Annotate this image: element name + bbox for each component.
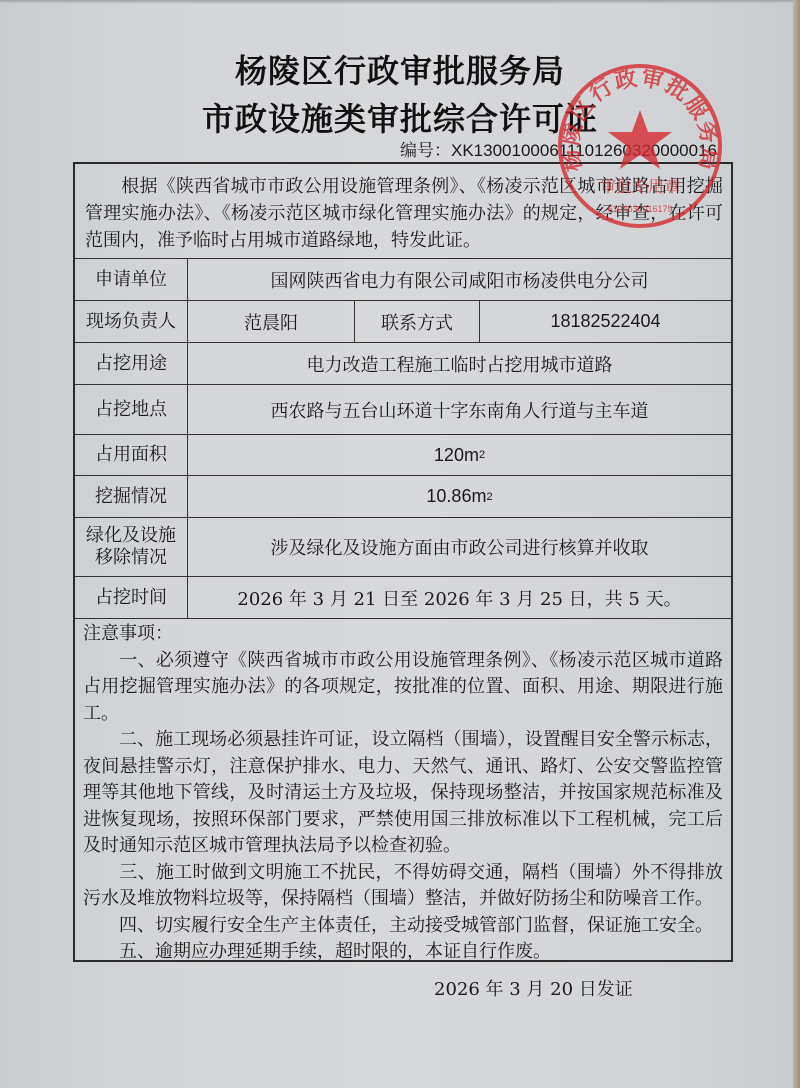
period-value: 2026 年 3 月 21 日至 2026 年 3 月 25 日，共 5 天。 [188,577,731,618]
serial-label: 编号： [400,141,451,161]
notice-item-text: 一、必须遵守《陕西省城市市政公用设施管理条例》、《杨凌示范区城市道路占用挖掘管理… [83,650,723,724]
permit-table: 根据《陕西省城市市政公用设施管理条例》、《杨凌示范区城市道路占用挖掘管理实施办法… [73,162,733,962]
excavation-value: 10.86m2 [188,476,731,517]
notice-item-text: 二、施工现场必须悬挂许可证，设立隔档（围墙），设置醒目安全警示标志，夜间悬挂警示… [83,729,723,856]
issue-date: 2026 年 3 月 20 日发证 [434,975,633,1001]
photo-top-edge [0,0,800,4]
applicant-value: 国网陕西省电力有限公司咸阳市杨凌供电分公司 [188,259,731,300]
excavation-number: 10.86m [426,486,486,507]
row-location: 占挖地点 西农路与五台山环道十字东南角人行道与主车道 [75,385,731,435]
greening-label-line1: 绿化及设施 [86,525,176,547]
site-manager-label: 现场负责人 [75,301,188,342]
applicant-label: 申请单位 [75,259,188,300]
purpose-value: 电力改造工程施工临时占挖用城市道路 [188,343,731,384]
excavation-label: 挖掘情况 [75,476,188,517]
notice-item: 二、施工现场必须悬挂许可证，设立隔档（围墙），设置醒目安全警示标志，夜间悬挂警示… [83,727,723,860]
intro-text: 根据《陕西省城市市政公用设施管理条例》、《杨凌示范区城市道路占用挖掘管理实施办法… [85,176,723,251]
desk-edge [793,0,800,1088]
notice-heading: 注意事项： [83,621,723,648]
period-label: 占挖时间 [75,577,188,618]
occupied-area-number: 120m [434,445,479,466]
greening-label-line2: 移除情况 [95,547,167,569]
row-occupied-area: 占用面积 120m2 [75,435,731,476]
location-value: 西农路与五台山环道十字东南角人行道与主车道 [188,385,731,434]
purpose-label: 占挖用途 [75,343,188,384]
notice-item: 五、逾期应办理延期手续，超时限的，本证自行作废。 [83,939,723,966]
occupied-area-label: 占用面积 [75,435,188,475]
permit-title: 市政设施类审批综合许可证 [0,94,800,140]
greening-label: 绿化及设施 移除情况 [75,518,188,576]
notice-block: 注意事项： 一、必须遵守《陕西省城市市政公用设施管理条例》、《杨凌示范区城市道路… [83,621,723,966]
serial-value: XK13001000611101260320000016 [451,141,717,160]
intro-paragraph: 根据《陕西省城市市政公用设施管理条例》、《杨凌示范区城市道路占用挖掘管理实施办法… [85,173,723,254]
intro-row: 根据《陕西省城市市政公用设施管理条例》、《杨凌示范区城市道路占用挖掘管理实施办法… [75,164,731,259]
notice-item-text: 三、施工时做到文明施工不扰民，不得妨碍交通，隔档（围墙）外不得排放污水及堆放物料… [83,862,723,910]
row-purpose: 占挖用途 电力改造工程施工临时占挖用城市道路 [75,343,731,385]
notice-item: 三、施工时做到文明施工不扰民，不得妨碍交通，隔档（围墙）外不得排放污水及堆放物料… [83,860,723,913]
occupied-area-value: 120m2 [188,435,731,475]
notice-item-text: 五、逾期应办理延期手续，超时限的，本证自行作废。 [119,941,551,962]
contact-value: 18182522404 [480,301,731,342]
notice-item: 一、必须遵守《陕西省城市市政公用设施管理条例》、《杨凌示范区城市道路占用挖掘管理… [83,648,723,728]
row-applicant: 申请单位 国网陕西省电力有限公司咸阳市杨凌供电分公司 [75,259,731,301]
serial-number: 编号：XK13001000611101260320000016 [400,136,717,161]
square-superscript: 2 [479,449,485,461]
row-period: 占挖时间 2026 年 3 月 21 日至 2026 年 3 月 25 日，共 … [75,577,731,619]
row-site-manager: 现场负责人 范晨阳 联系方式 18182522404 [75,301,731,343]
contact-label: 联系方式 [355,301,480,342]
row-excavation: 挖掘情况 10.86m2 [75,476,731,518]
greening-value: 涉及绿化及设施方面由市政公司进行核算并收取 [188,518,731,576]
location-label: 占挖地点 [75,385,188,434]
square-superscript: 2 [486,491,492,503]
row-greening: 绿化及设施 移除情况 涉及绿化及设施方面由市政公司进行核算并收取 [75,518,731,577]
notice-item: 四、切实履行安全生产主体责任，主动接受城管部门监督，保证施工安全。 [83,913,723,940]
notice-item-text: 四、切实履行安全生产主体责任，主动接受城管部门监督，保证施工安全。 [119,915,713,936]
issuing-authority-title: 杨陵区行政审批服务局 [0,46,800,92]
site-manager-value: 范晨阳 [188,301,355,342]
row-notice: 注意事项： 一、必须遵守《陕西省城市市政公用设施管理条例》、《杨凌示范区城市道路… [75,619,731,960]
